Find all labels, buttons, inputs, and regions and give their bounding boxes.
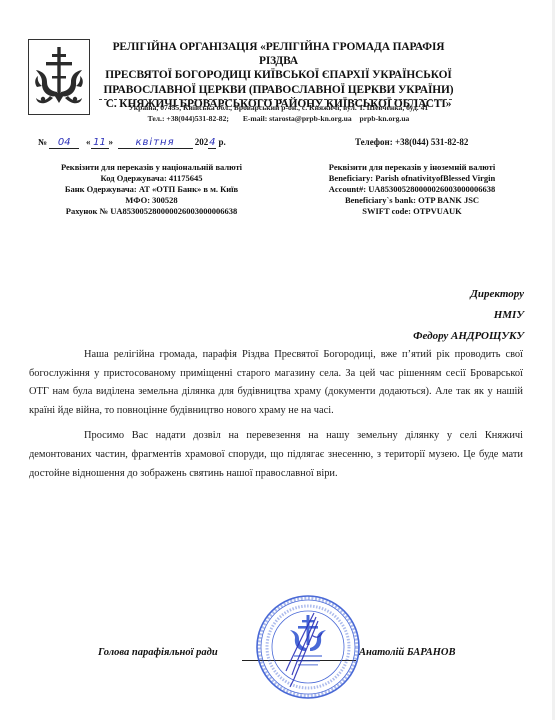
requisites-title: Реквізити для переказів у національній в… — [24, 162, 279, 173]
org-title-line: РЕЛІГІЙНА ОРГАНІЗАЦІЯ «РЕЛІГІЙНА ГРОМАДА… — [96, 40, 461, 68]
body-paragraph: Просимо Вас надати дозвіл на перевезення… — [29, 427, 523, 483]
org-title-line: ПРАВОСЛАВНОЇ ЦЕРКВИ (ПРАВОСЛАВНОЇ ЦЕРКВИ… — [96, 83, 461, 97]
header-divider — [99, 99, 452, 100]
addressee-position: Директору — [324, 284, 524, 305]
requisites-national: Реквізити для переказів у національній в… — [24, 162, 279, 217]
account-number: Рахунок № UA853005280000026003000006638 — [24, 206, 279, 217]
addressee-organization: НМІУ — [324, 305, 524, 326]
postal-address: Україна, 07455, Київська обл., Броварськ… — [96, 103, 461, 114]
organization-title: РЕЛІГІЙНА ОРГАНІЗАЦІЯ «РЕЛІГІЙНА ГРОМАДА… — [96, 40, 461, 111]
addressee-block: Директору НМІУ Федору АНДРОЩУКУ — [324, 284, 524, 347]
phone-number: Телефон: +38(044) 531-82-82 — [355, 137, 468, 147]
email-link[interactable]: E-mail: starosta@prpb-kn.org.ua — [243, 114, 352, 123]
account-number: Account#: UA853005280000026003000006638 — [292, 184, 532, 195]
year-digit: 4 — [208, 137, 216, 149]
letter-number: 04 — [49, 137, 79, 149]
beneficiary-bank: Beneficiary`s bank: OTP BANK JSC — [292, 195, 532, 206]
letter-month: квітня — [118, 137, 193, 149]
body-paragraph: Наша релігійна громада, парафія Різдва П… — [29, 346, 523, 420]
beneficiary: Beneficiary: Parish ofnativityofBlessed … — [292, 173, 532, 184]
reference-line: № 04 «11» квітня 2024 р. — [38, 137, 226, 149]
round-church-seal-icon — [254, 593, 362, 701]
telephone: Тел.: +38(044)531-82-82; — [148, 114, 229, 123]
addressee-name: Федору АНДРОЩУКУ — [324, 326, 524, 347]
contact-info: Україна, 07455, Київська обл., Броварськ… — [96, 103, 461, 124]
year-prefix: 202 — [195, 137, 209, 147]
swift-code: SWIFT code: OTPVUAUK — [292, 206, 532, 217]
letter-day: 11 — [91, 137, 109, 149]
orthodox-cross-emblem-icon — [28, 39, 90, 115]
org-title-line: ПРЕСВЯТОЇ БОГОРОДИЦІ КИЇВСЬКОЇ ЄПАРХІЇ У… — [96, 68, 461, 82]
number-label: № — [38, 137, 47, 147]
letter-body: Наша релігійна громада, парафія Різдва П… — [29, 346, 523, 483]
requisites-foreign: Реквізити для переказів у іноземній валю… — [292, 162, 532, 217]
year-suffix: р. — [219, 137, 226, 147]
letter-page: РЕЛІГІЙНА ОРГАНІЗАЦІЯ «РЕЛІГІЙНА ГРОМАДА… — [0, 0, 553, 720]
website-link[interactable]: prpb-kn.org.ua — [360, 114, 410, 123]
recipient-bank: Банк Одержувача: АТ «ОТП Банк» в м. Київ — [24, 184, 279, 195]
mfo-code: МФО: 300528 — [24, 195, 279, 206]
day-quote-close: » — [109, 137, 114, 147]
signatory-position: Голова парафіяльної ради — [98, 647, 218, 658]
signatory-name: Анатолій БАРАНОВ — [359, 647, 456, 658]
recipient-code: Код Одержувача: 41175645 — [24, 173, 279, 184]
requisites-title: Реквізити для переказів у іноземній валю… — [292, 162, 532, 173]
